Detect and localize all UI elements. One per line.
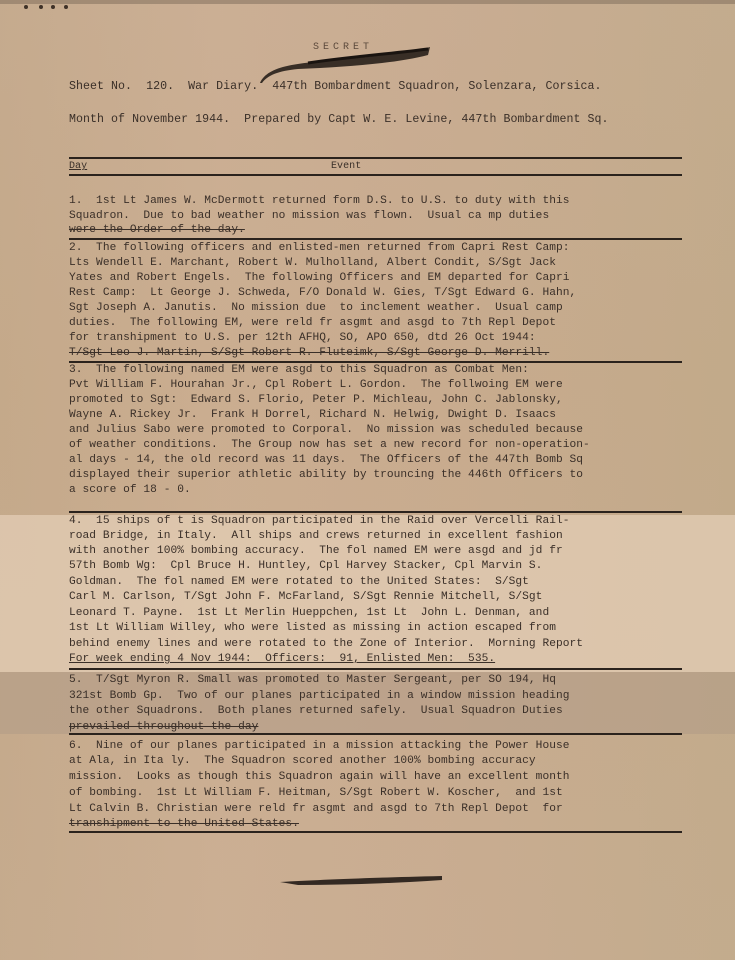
header-line-2: Month of November 1944. Prepared by Capt…: [69, 113, 609, 127]
entry-4-line: 1st Lt William Willey, who were listed a…: [69, 621, 556, 635]
entry-4-line: 4. 15 ships of t is Squadron participate…: [69, 514, 570, 528]
entry-2-line: Rest Camp: Lt George J. Schweda, F/O Don…: [69, 286, 576, 300]
entry-2-line: T/Sgt Leo J. Martin, S/Sgt Robert R. Flu…: [69, 346, 549, 360]
entry-6-line: of bombing. 1st Lt William F. Heitman, S…: [69, 786, 563, 800]
entry-1-line: 1. 1st Lt James W. McDermott returned fo…: [69, 194, 570, 208]
entry-divider: [69, 238, 682, 240]
entry-3-line: al days - 14, the old record was 11 days…: [69, 453, 583, 467]
binder-hole: [39, 5, 43, 9]
entry-2-line: Sgt Joseph A. Janutis. No mission due to…: [69, 301, 563, 315]
entry-4-line: behind enemy lines and were rotated to t…: [69, 637, 583, 651]
entry-4-line: with another 100% bombing accuracy. The …: [69, 544, 563, 558]
entry-6-line: mission. Looks as though this Squadron a…: [69, 770, 570, 784]
entry-4-line: 57th Bomb Wg: Cpl Bruce H. Huntley, Cpl …: [69, 559, 542, 573]
entry-divider: [69, 733, 682, 735]
entry-3-line: displayed their superior athletic abilit…: [69, 468, 583, 482]
entry-1-line: were the Order of the day.: [69, 223, 245, 237]
entry-5-line: the other Squadrons. Both planes returne…: [69, 704, 563, 718]
column-header-event: Event: [331, 160, 361, 174]
entry-2-line: Lts Wendell E. Marchant, Robert W. Mulho…: [69, 256, 556, 270]
header-line-1: Sheet No. 120. War Diary. 447th Bombardm…: [69, 80, 602, 94]
binder-hole: [24, 5, 28, 9]
binder-hole: [51, 5, 55, 9]
table-top-rule: [69, 157, 682, 159]
entry-4-line: road Bridge, in Italy. All ships and cre…: [69, 529, 563, 543]
redaction-scribble-icon: [278, 874, 444, 888]
entry-3-line: Wayne A. Rickey Jr. Frank H Dorrel, Rich…: [69, 408, 556, 422]
entry-6-line: at Ala, in Ita ly. The Squadron scored a…: [69, 754, 536, 768]
entry-5-line: 321st Bomb Gp. Two of our planes partici…: [69, 689, 570, 703]
entry-6-line: transhipment to the United States.: [69, 817, 299, 831]
entry-3-line: promoted to Sgt: Edward S. Florio, Peter…: [69, 393, 563, 407]
entry-4-line: Carl M. Carlson, T/Sgt John F. McFarland…: [69, 590, 542, 604]
entry-2-line: for transhipment to U.S. per 12th AFHQ, …: [69, 331, 536, 345]
entry-5-line: prevailed throughout the day: [69, 720, 258, 734]
entry-3-line: and Julius Sabo were promoted to Corpora…: [69, 423, 583, 437]
entry-3-line: of weather conditions. The Group now has…: [69, 438, 590, 452]
entry-4-line: Leonard T. Payne. 1st Lt Merlin Hueppche…: [69, 606, 549, 620]
entry-6-line: Lt Calvin B. Christian were reld fr asgm…: [69, 802, 563, 816]
entry-5-line: 5. T/Sgt Myron R. Small was promoted to …: [69, 673, 556, 687]
entry-3-line: 3. The following named EM were asgd to t…: [69, 363, 529, 377]
entry-divider: [69, 668, 682, 670]
entry-2-line: duties. The following EM, were reld fr a…: [69, 316, 556, 330]
column-header-day: Day: [69, 160, 87, 174]
page-top-edge: [0, 0, 735, 4]
entry-6-line: 6. Nine of our planes participated in a …: [69, 739, 570, 753]
entry-divider: [69, 831, 682, 833]
entry-3-line: a score of 18 - 0.: [69, 483, 191, 497]
redaction-scribble-icon: [258, 45, 433, 85]
binder-hole: [64, 5, 68, 9]
entry-1-line: Squadron. Due to bad weather no mission …: [69, 209, 549, 223]
entry-2-line: Yates and Robert Engels. The following O…: [69, 271, 570, 285]
entry-2-line: 2. The following officers and enlisted-m…: [69, 241, 570, 255]
entry-divider: [69, 511, 682, 513]
column-header-rule: [69, 174, 682, 176]
entry-3-line: Pvt William F. Hourahan Jr., Cpl Robert …: [69, 378, 563, 392]
entry-4-line: Goldman. The fol named EM were rotated t…: [69, 575, 529, 589]
entry-4-line: For week ending 4 Nov 1944: Officers: 91…: [69, 652, 495, 666]
